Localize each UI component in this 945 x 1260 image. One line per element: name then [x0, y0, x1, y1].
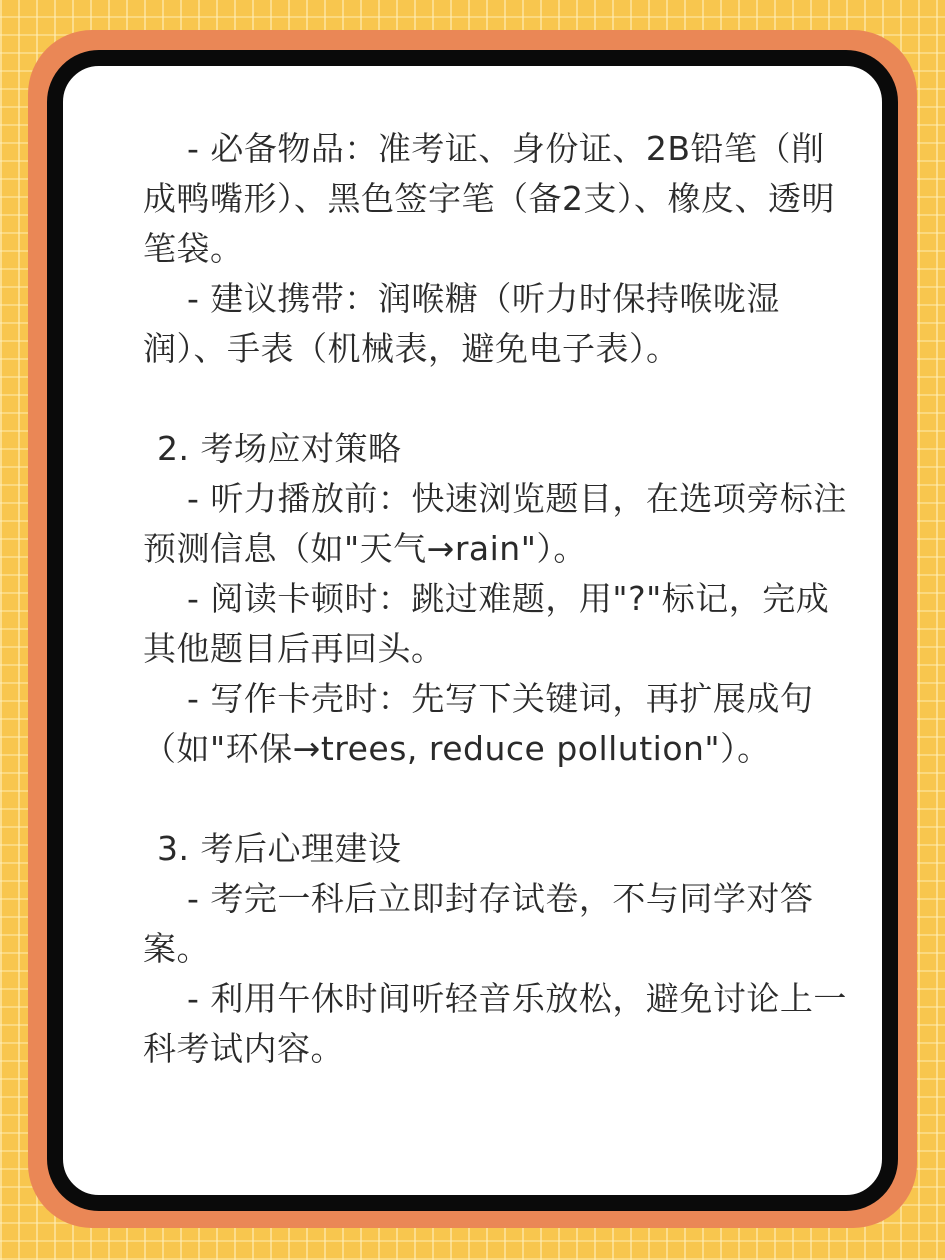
section-heading-post-exam: 3. 考后心理建设: [157, 824, 854, 874]
note-card: - 必备物品：准考证、身份证、2B铅笔（削成鸭嘴形）、黑色签字笔（备2支）、橡皮…: [47, 50, 898, 1211]
note-line-relax: - 利用午休时间听轻音乐放松，避免讨论上一科考试内容。: [143, 974, 854, 1074]
note-line-listening: - 听力播放前：快速浏览题目，在选项旁标注预测信息（如"天气→rain"）。: [143, 474, 854, 574]
orange-frame: - 必备物品：准考证、身份证、2B铅笔（削成鸭嘴形）、黑色签字笔（备2支）、橡皮…: [28, 30, 917, 1228]
note-line-essentials: - 必备物品：准考证、身份证、2B铅笔（削成鸭嘴形）、黑色签字笔（备2支）、橡皮…: [143, 124, 854, 274]
note-line-suggested: - 建议携带：润喉糖（听力时保持喉咙湿润）、手表（机械表，避免电子表）。: [143, 274, 854, 374]
grid-background: - 必备物品：准考证、身份证、2B铅笔（削成鸭嘴形）、黑色签字笔（备2支）、橡皮…: [0, 0, 945, 1260]
section-heading-exam-strategies: 2. 考场应对策略: [157, 424, 854, 474]
note-line-reading: - 阅读卡顿时：跳过难题，用"?"标记，完成其他题目后再回头。: [143, 574, 854, 674]
note-line-seal-paper: - 考完一科后立即封存试卷，不与同学对答案。: [143, 874, 854, 974]
note-line-writing: - 写作卡壳时：先写下关键词，再扩展成句（如"环保→trees, reduce …: [143, 674, 854, 774]
note-content: - 必备物品：准考证、身份证、2B铅笔（削成鸭嘴形）、黑色签字笔（备2支）、橡皮…: [143, 124, 854, 1074]
